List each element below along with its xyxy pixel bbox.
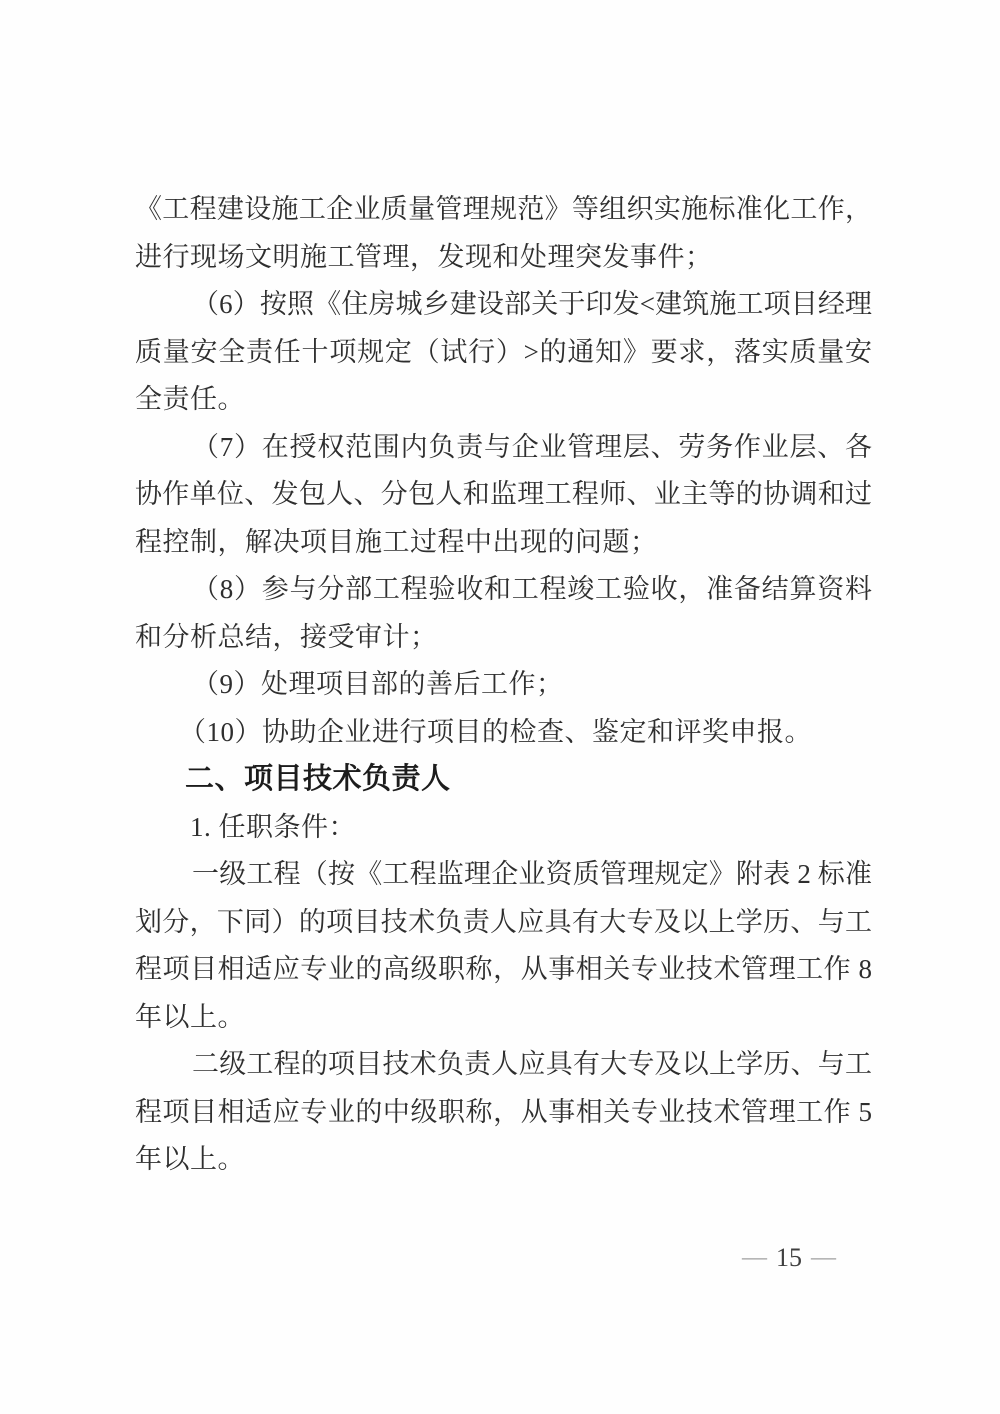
section-heading: 二、项目技术负责人: [135, 756, 872, 804]
text-line: 程控制，解决项目施工过程中出现的问题；: [135, 519, 872, 567]
page-number-dash-right: —: [811, 1238, 836, 1278]
text-line: 质量安全责任十项规定（试行）>的通知》要求，落实质量安: [135, 329, 872, 377]
text-line: 程项目相适应专业的中级职称，从事相关专业技术管理工作 5: [135, 1089, 872, 1137]
page-footer: — 15 —: [742, 1238, 836, 1278]
text-line: 全责任。: [135, 376, 872, 424]
text-line: （8）参与分部工程验收和工程竣工验收，准备结算资料: [135, 566, 872, 614]
text-line: 年以上。: [135, 994, 872, 1042]
text-line: （10）协助企业进行项目的检查、鉴定和评奖申报。: [135, 709, 872, 757]
text-line: 进行现场文明施工管理，发现和处理突发事件；: [135, 234, 872, 282]
document-body: 《工程建设施工企业质量管理规范》等组织实施标准化工作，进行现场文明施工管理，发现…: [135, 186, 872, 1184]
text-line: 年以上。: [135, 1136, 872, 1184]
document-page: 《工程建设施工企业质量管理规范》等组织实施标准化工作，进行现场文明施工管理，发现…: [0, 0, 1000, 1414]
text-line: （6）按照《住房城乡建设部关于印发<建筑施工项目经理: [135, 281, 872, 329]
page-number-value: 15: [776, 1238, 802, 1278]
text-line: （7）在授权范围内负责与企业管理层、劳务作业层、各: [135, 424, 872, 472]
text-line: 一级工程（按《工程监理企业资质管理规定》附表 2 标准: [135, 851, 872, 899]
text-line: 《工程建设施工企业质量管理规范》等组织实施标准化工作，: [135, 186, 872, 234]
text-line: 1. 任职条件：: [135, 804, 872, 852]
page-number-dash-left: —: [742, 1238, 767, 1278]
text-line: （9）处理项目部的善后工作；: [135, 661, 872, 709]
text-line: 划分，下同）的项目技术负责人应具有大专及以上学历、与工: [135, 899, 872, 947]
text-line: 程项目相适应专业的高级职称，从事相关专业技术管理工作 8: [135, 946, 872, 994]
text-line: 二级工程的项目技术负责人应具有大专及以上学历、与工: [135, 1041, 872, 1089]
text-line: 协作单位、发包人、分包人和监理工程师、业主等的协调和过: [135, 471, 872, 519]
text-line: 和分析总结，接受审计；: [135, 614, 872, 662]
